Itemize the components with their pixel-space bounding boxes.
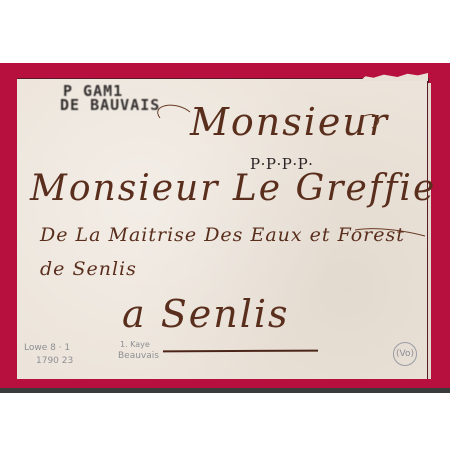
circled-pencil-mark: (Vo) [393, 342, 417, 366]
pencil-note-mid-2: Beauvais [118, 351, 159, 361]
circled-mark-text: (Vo) [396, 349, 414, 359]
pencil-note-left-2: 1790 23 [36, 356, 73, 366]
ink-flourishes [0, 0, 450, 450]
pencil-note-left-1: Lowe 8 · 1 [24, 343, 70, 353]
pencil-note-mid-1: 1. Kaye [120, 340, 150, 350]
